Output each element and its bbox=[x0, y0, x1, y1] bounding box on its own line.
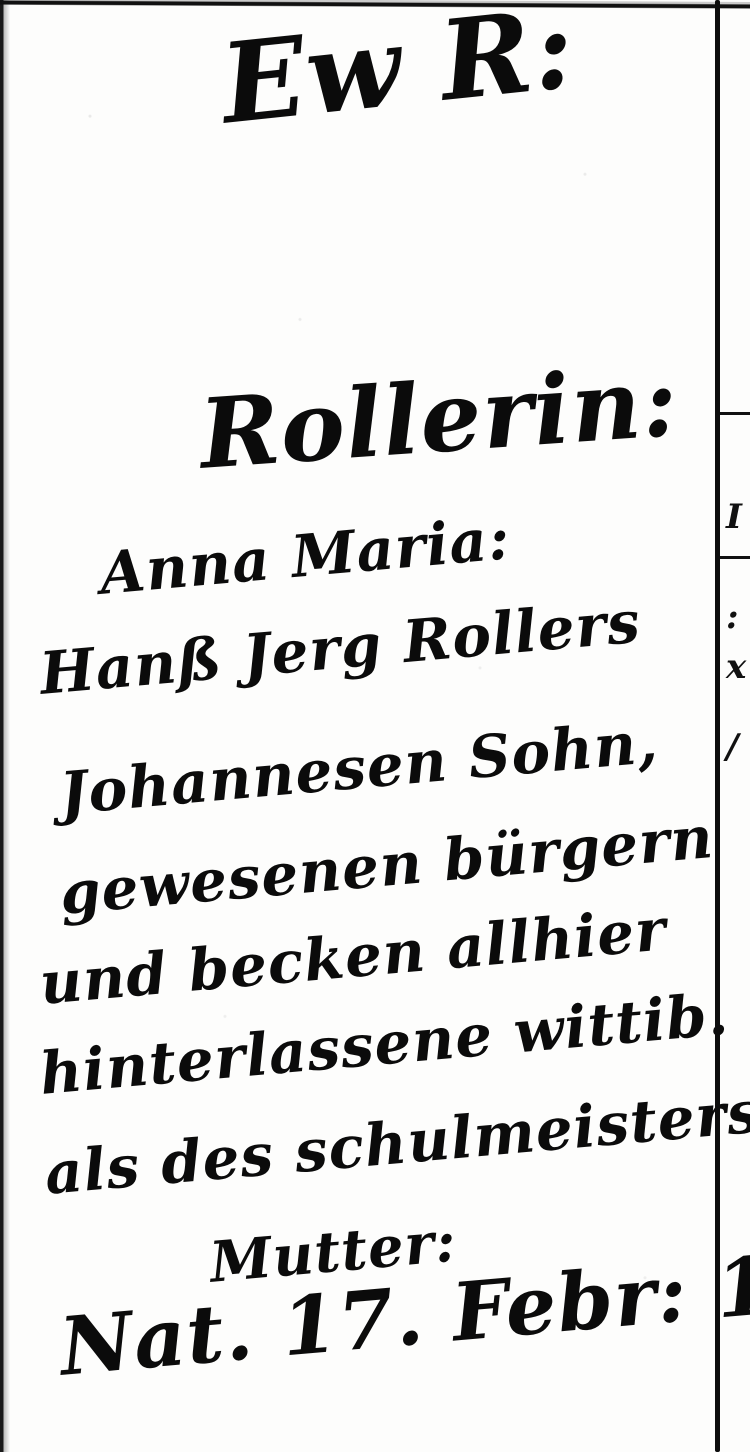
left-page-edge bbox=[0, 0, 10, 1452]
adjacent-fragment-3: x bbox=[726, 650, 746, 684]
surname-heading: Rollerin: bbox=[196, 345, 682, 491]
register-page: Ew R: Rollerin: Anna Maria: Hanß Jerg Ro… bbox=[0, 0, 750, 1452]
monogram: Ew R: bbox=[216, 0, 579, 140]
adjacent-column: I : x / bbox=[720, 0, 750, 1452]
adjacent-fragment-1: I bbox=[726, 500, 742, 534]
entry-line-3: Johannesen Sohn, bbox=[57, 708, 661, 828]
adjacent-column-rule-1 bbox=[720, 412, 750, 415]
adjacent-column-rule-2 bbox=[720, 556, 750, 559]
adjacent-fragment-2: : bbox=[726, 600, 739, 634]
entry-line-1: Anna Maria: bbox=[97, 504, 513, 608]
adjacent-fragment-4: / bbox=[726, 730, 738, 764]
